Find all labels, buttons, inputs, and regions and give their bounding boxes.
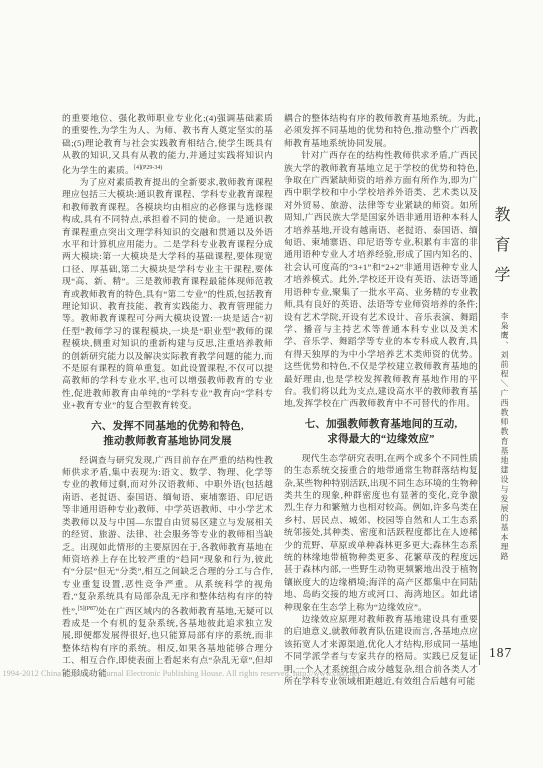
paragraph-structural-contradiction: 经调查与研究发现,广西目前存在严重的结构性教师供求矛盾,集中表现为:语文、数学、…	[62, 454, 273, 679]
heading-line: 推动教师教育基地协同发展	[62, 434, 273, 449]
paragraph-course-modules: 为了应对素质教育提出的全新要求,教师教育课程理应包括三大模块:通识教育课程、学科…	[62, 176, 273, 412]
sidebar-section-label: 教育学	[489, 206, 512, 296]
paragraph-text: 经调查与研究发现,广西目前存在严重的结构性教师供求矛盾,集中表现为:语文、数学、…	[62, 455, 273, 616]
paragraph-continued: 的重要地位、强化教师职业专业化;(4)强调基础素质的重要性,为学生为人、为师、教…	[62, 112, 273, 176]
section-heading-6: 六、发挥不同基地的优势和特色, 推动教师教育基地协同发展	[62, 419, 273, 449]
right-column: 耦合的整体结构有序的教师教育基地系统。为此,必须发挥不同基地的优势和特色,推动整…	[284, 112, 478, 687]
paragraph-text: 处在广西区域内的各教师教育基地,无疑可以看成是一个有机的复杂系统,各基地彼此追求…	[62, 605, 273, 677]
left-column: 的重要地位、强化教师职业专业化;(4)强调基础素质的重要性,为学生为人、为师、教…	[62, 112, 273, 679]
journal-page: 的重要地位、强化教师职业专业化;(4)强调基础素质的重要性,为学生为人、为师、教…	[0, 0, 543, 768]
sidebar-running-title: 李枭鹰、刘前程＼广西教师教育基地建设与发展的基本理路	[499, 312, 510, 562]
paragraph-minzu-university: 针对广西存在的结构性教师供求矛盾,广西民族大学的教师教育基地立足于学校的优势和特…	[284, 149, 478, 410]
paragraph-continued: 耦合的整体结构有序的教师教育基地系统。为此,必须发挥不同基地的优势和特色,推动整…	[284, 112, 478, 149]
page-number: 187	[489, 645, 512, 661]
paragraph-ecology: 现代生态学研究表明,在两个或多个不同性质的生态系统交接重合的地带通常生物群落结构…	[284, 452, 478, 613]
sidebar-divider-line	[479, 117, 480, 665]
paragraph-text: 的重要地位、强化教师职业专业化;(4)强调基础素质的重要性,为学生为人、为师、教…	[62, 113, 273, 175]
heading-line: 七、加强教师教育基地间的互动,	[284, 417, 478, 432]
section-heading-7: 七、加强教师教育基地间的互动, 求得最大的“边缘效应”	[284, 417, 478, 447]
heading-line: 求得最大的“边缘效应”	[284, 432, 478, 447]
citation-marker: [4](P29-34)	[134, 165, 162, 171]
heading-line: 六、发挥不同基地的优势和特色,	[62, 419, 273, 434]
copyright-watermark: © 1994-2012 China Academic Journal Elect…	[0, 669, 360, 678]
citation-marker: [5](P87)	[78, 606, 98, 612]
